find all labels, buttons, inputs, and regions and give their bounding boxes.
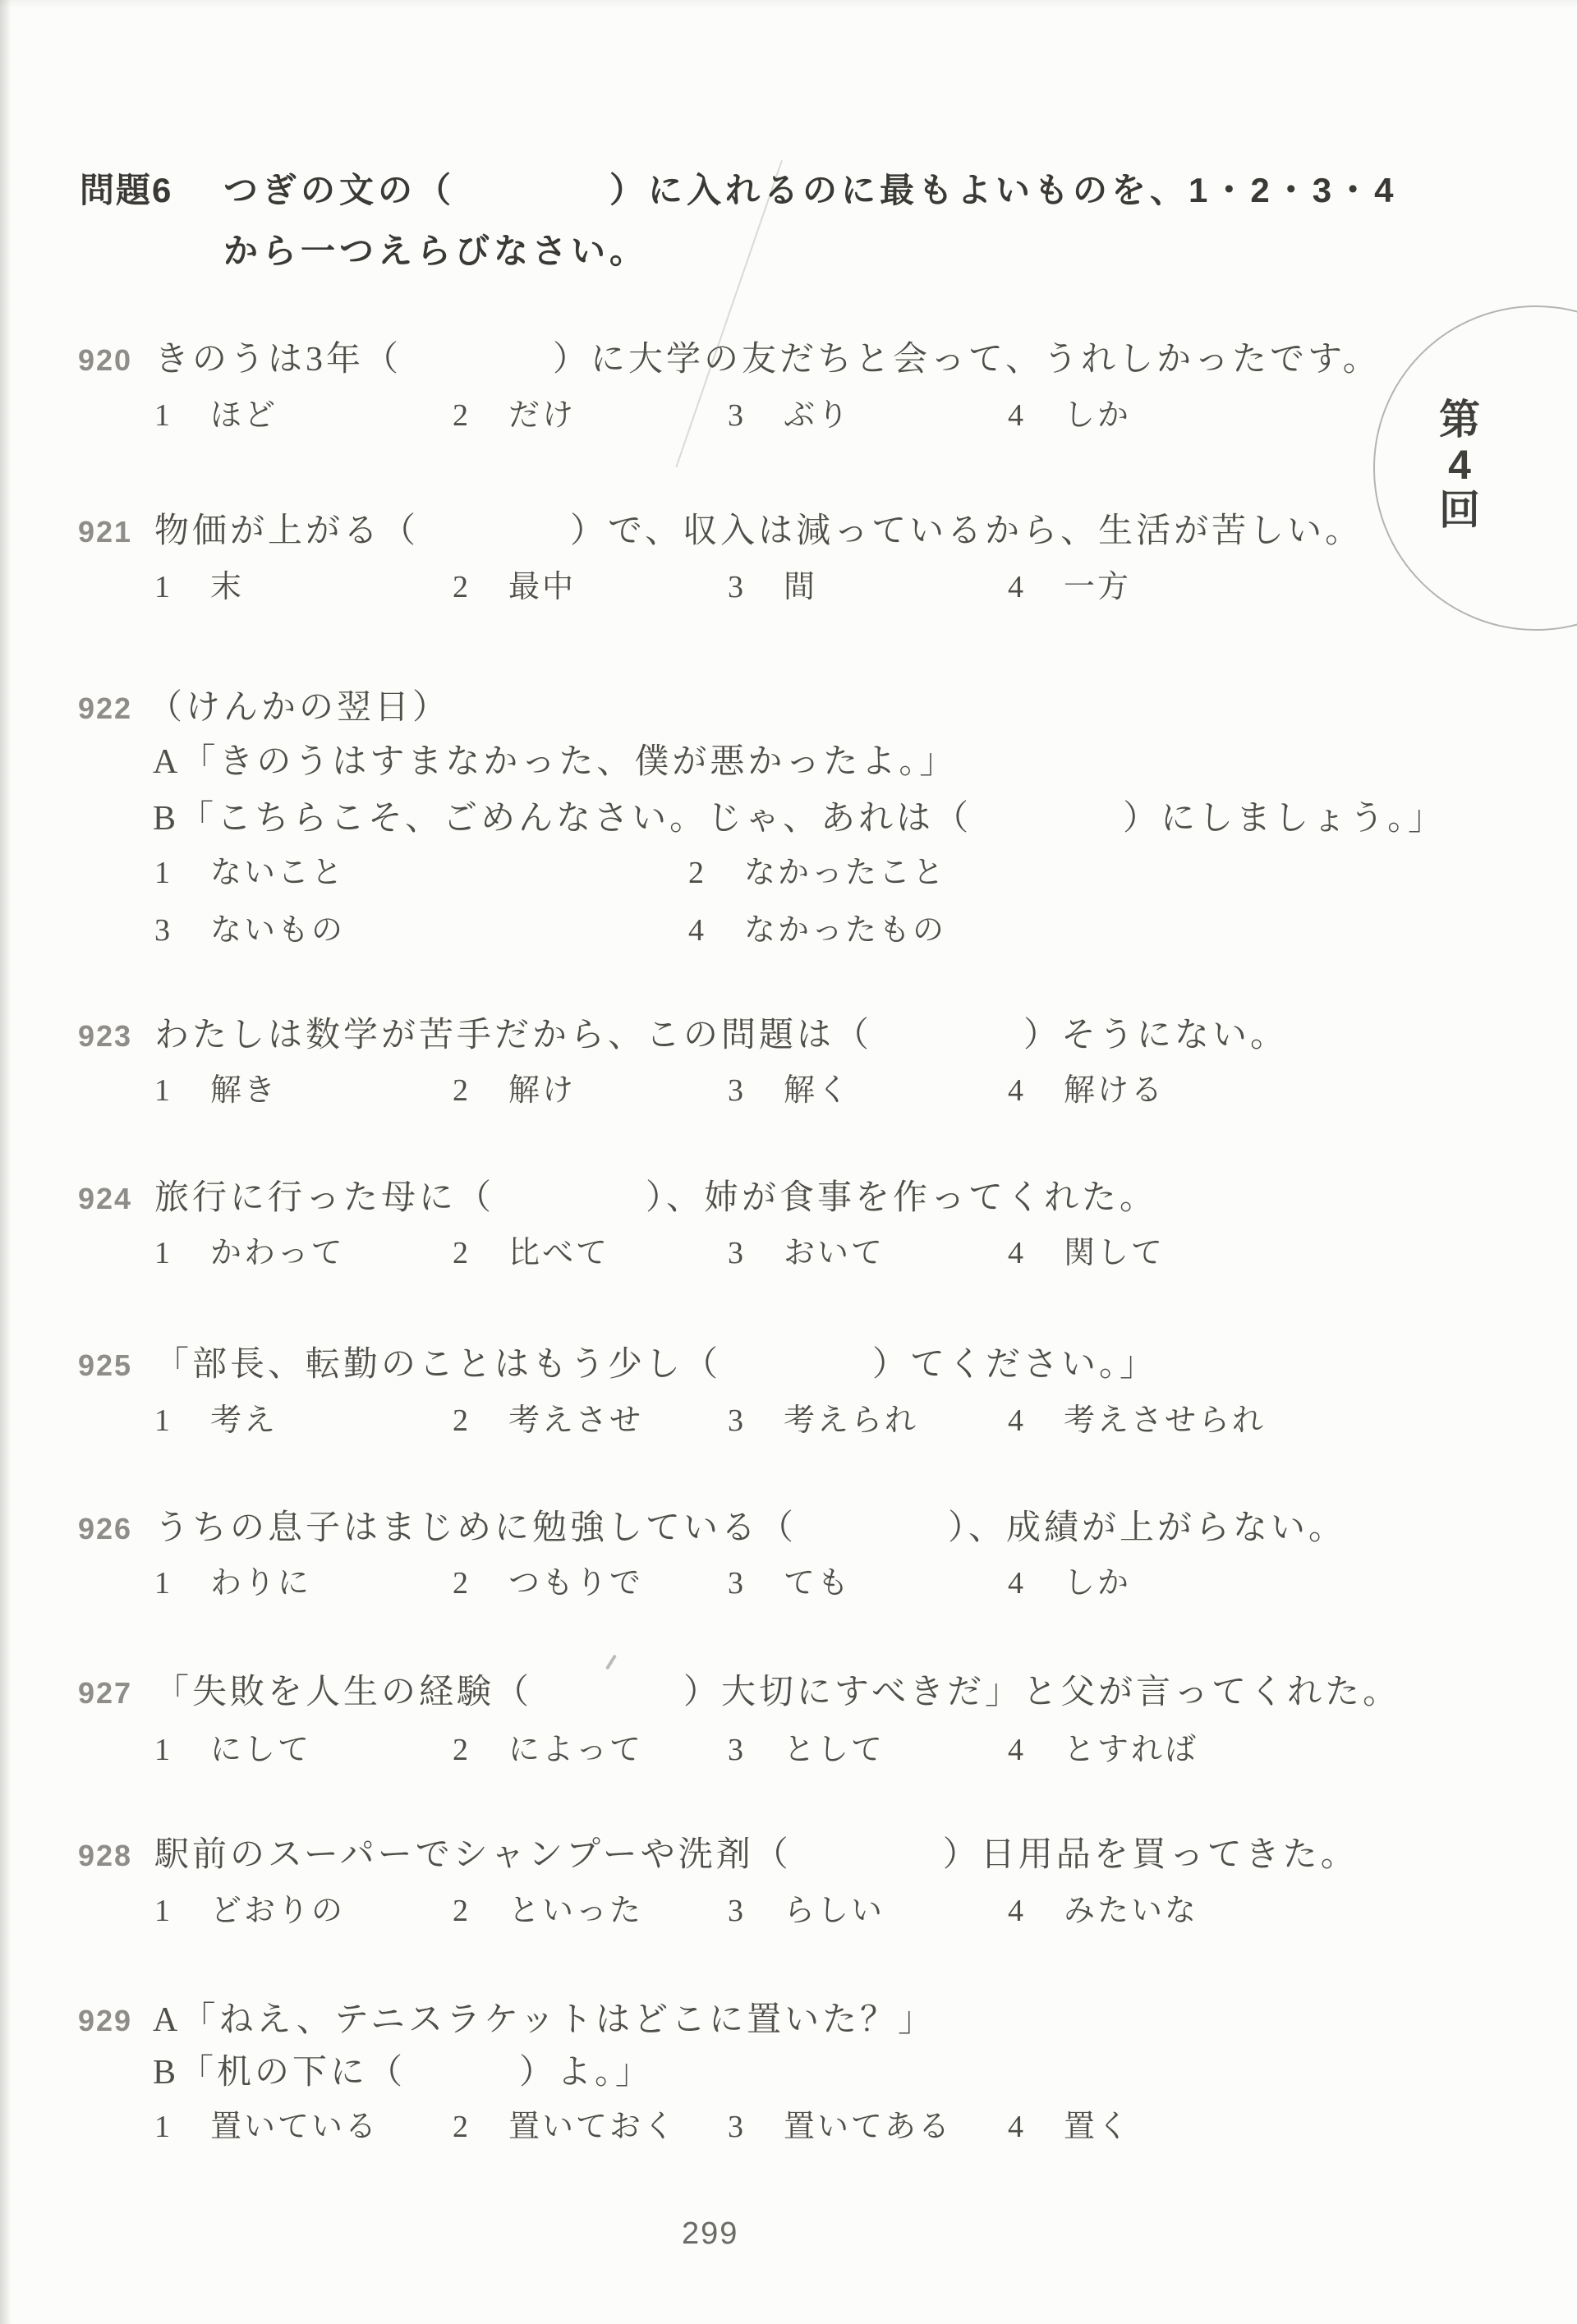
option-number: 1 (154, 1895, 210, 1927)
option-text: 末 (210, 572, 244, 603)
option-number: 2 (453, 1238, 508, 1269)
option-2: 2つもりで (453, 1568, 728, 1599)
option-2: 2比べて (453, 1238, 728, 1269)
question-number-927: 927 (78, 1679, 132, 1708)
question-920-text: きのうは3年（ ）に大学の友だちと会って、うれしかったです。 (154, 342, 1381, 377)
option-number: 2 (453, 1895, 508, 1927)
question-927-options: 1にして 2によって 3として 4とすれば (154, 1734, 1198, 1766)
option-number: 2 (453, 400, 508, 431)
option-text: かわって (210, 1238, 345, 1269)
question-924-options: 1かわって 2比べて 3おいて 4関して (154, 1238, 1165, 1269)
question-922-options-row-1: 1ないこと 2なかったこと (154, 857, 946, 889)
scan-speck (605, 1654, 617, 1670)
option-4: 4しか (1008, 400, 1131, 431)
option-number: 1 (154, 857, 210, 889)
option-text: 考えさせ (508, 1405, 643, 1436)
option-3: 3らしい (728, 1895, 1008, 1927)
option-1: 1かわって (154, 1238, 453, 1269)
option-2: 2といった (453, 1895, 728, 1927)
option-text: みたいな (1064, 1895, 1198, 1927)
option-text: 置く (1064, 2111, 1131, 2143)
option-1: 1にして (154, 1734, 453, 1766)
option-2: 2によって (453, 1734, 728, 1766)
problem-header-label: 問題6 (80, 173, 172, 208)
question-927-text: 「失敗を人生の経験（ ）大切にすべきだ」と父が言ってくれた。 (154, 1675, 1400, 1710)
option-1: 1わりに (154, 1568, 453, 1599)
question-925-options: 1考え 2考えさせ 3考えられ 4考えさせられ (154, 1405, 1266, 1436)
option-3: 3間 (728, 572, 1008, 603)
option-3: 3ても (728, 1568, 1008, 1599)
option-number: 3 (728, 572, 784, 603)
option-1: 1解き (154, 1075, 453, 1106)
option-4: 4しか (1008, 1568, 1131, 1599)
scanned-test-page: 第4回 問題6 つぎの文の（ ）に入れるのに最もよいものを、1・2・3・4 から… (0, 0, 1577, 2324)
option-4: 4なかったもの (688, 915, 946, 946)
section-tab-label: 第4回 (1434, 397, 1485, 533)
question-922-line-a: A「きのうはすまなかった、僕が悪かったよ。」 (153, 745, 957, 779)
option-text: ほど (210, 400, 278, 431)
question-922-line-b: B「こちらこそ、ごめんなさい。じゃ、あれは（ ）にしましょう。」 (153, 801, 1446, 836)
problem-header-instruction-1: つぎの文の（ ）に入れるのに最もよいものを、1・2・3・4 (223, 173, 1397, 208)
question-922-context: （けんかの翌日） (148, 691, 450, 725)
question-929-line-a: A「ねえ、テニスラケットはどこに置いた？」 (153, 2003, 936, 2037)
option-number: 3 (154, 915, 210, 946)
option-number: 4 (1008, 1238, 1064, 1269)
option-number: 3 (728, 1895, 784, 1927)
option-text: なかったこと (744, 857, 946, 889)
option-text: らしい (784, 1895, 885, 1927)
option-number: 1 (154, 1568, 210, 1599)
question-926-text: うちの息子はまじめに勉強している（ ）、成績が上がらない。 (154, 1511, 1346, 1546)
option-3: 3として (728, 1734, 1008, 1766)
option-text: 最中 (508, 572, 576, 603)
option-text: 置いてある (784, 2111, 952, 2143)
option-number: 1 (154, 572, 210, 603)
option-text: 一方 (1064, 572, 1131, 603)
option-4: 4置く (1008, 2111, 1131, 2143)
option-2: 2だけ (453, 400, 728, 431)
question-number-925: 925 (78, 1351, 132, 1380)
option-number: 1 (154, 1238, 210, 1269)
option-number: 3 (728, 1734, 784, 1766)
option-text: 考え (210, 1405, 278, 1436)
option-2: 2解け (453, 1075, 728, 1106)
question-number-928: 928 (78, 1841, 132, 1871)
question-number-924: 924 (78, 1184, 132, 1214)
option-text: によって (508, 1734, 643, 1766)
option-number: 4 (1008, 1075, 1064, 1106)
question-number-929: 929 (78, 2006, 132, 2036)
option-4: 4みたいな (1008, 1895, 1198, 1927)
question-926-options: 1わりに 2つもりで 3ても 4しか (154, 1568, 1131, 1599)
option-text: にして (210, 1734, 311, 1766)
option-text: なかったもの (744, 915, 946, 946)
option-number: 1 (154, 1075, 210, 1106)
scan-edge-shadow (0, 0, 11, 2324)
option-number: 4 (1008, 1405, 1064, 1436)
option-text: つもりで (508, 1568, 643, 1599)
scan-edge-shadow-top (0, 0, 1577, 8)
question-921-options: 1末 2最中 3間 4一方 (154, 572, 1131, 603)
option-text: 置いている (210, 2111, 379, 2143)
option-number: 1 (154, 1734, 210, 1766)
option-1: 1どおりの (154, 1895, 453, 1927)
option-4: 4解ける (1008, 1075, 1165, 1106)
option-number: 4 (1008, 1568, 1064, 1599)
option-number: 4 (1008, 1734, 1064, 1766)
option-text: ないもの (210, 915, 345, 946)
option-number: 3 (728, 1568, 784, 1599)
option-text: ても (784, 1568, 851, 1599)
option-4: 4関して (1008, 1238, 1165, 1269)
option-number: 2 (453, 572, 508, 603)
option-3: 3ないもの (154, 915, 688, 946)
option-3: 3おいて (728, 1238, 1008, 1269)
option-3: 3解く (728, 1075, 1008, 1106)
option-number: 2 (453, 1075, 508, 1106)
option-text: とすれば (1064, 1734, 1198, 1766)
option-text: 間 (784, 572, 817, 603)
option-number: 3 (728, 400, 784, 431)
option-text: 解き (210, 1075, 278, 1106)
option-1: 1置いている (154, 2111, 453, 2143)
question-925-text: 「部長、転勤のことはもう少し（ ）てください。」 (154, 1348, 1157, 1382)
option-number: 2 (453, 1734, 508, 1766)
option-text: だけ (508, 400, 576, 431)
question-920-options: 1ほど 2だけ 3ぶり 4しか (154, 400, 1131, 431)
question-number-926: 926 (78, 1514, 132, 1544)
option-text: わりに (210, 1568, 311, 1599)
option-text: 考えられ (784, 1405, 918, 1436)
option-number: 3 (728, 1075, 784, 1106)
option-number: 1 (154, 400, 210, 431)
option-text: 置いておく (508, 2111, 677, 2143)
question-number-923: 923 (78, 1022, 132, 1051)
option-number: 4 (1008, 1895, 1064, 1927)
option-text: おいて (784, 1238, 885, 1269)
option-4: 4考えさせられ (1008, 1405, 1266, 1436)
question-928-text: 駅前のスーパーでシャンプーや洗剤（ ）日用品を買ってきた。 (154, 1838, 1359, 1872)
option-4: 4一方 (1008, 572, 1131, 603)
option-text: 関して (1064, 1238, 1165, 1269)
question-number-921: 921 (78, 517, 132, 547)
question-928-options: 1どおりの 2といった 3らしい 4みたいな (154, 1895, 1198, 1927)
option-text: しか (1064, 1568, 1131, 1599)
question-924-text: 旅行に行った母に（ ）、姉が食事を作ってくれた。 (154, 1181, 1157, 1215)
option-1: 1ないこと (154, 857, 688, 889)
question-922-options-row-2: 3ないもの 4なかったもの (154, 915, 946, 946)
option-2: 2考えさせ (453, 1405, 728, 1436)
option-number: 4 (1008, 400, 1064, 431)
page-number: 299 (682, 2218, 738, 2249)
option-text: 解く (784, 1075, 851, 1106)
question-923-text: わたしは数学が苦手だから、この問題は（ ）そうにない。 (154, 1018, 1288, 1053)
option-text: 比べて (508, 1238, 609, 1269)
problem-header-instruction-2: から一つえらびなさい。 (223, 234, 648, 269)
option-number: 3 (728, 2111, 784, 2143)
option-2: 2なかったこと (688, 857, 946, 889)
option-1: 1考え (154, 1405, 453, 1436)
option-3: 3置いてある (728, 2111, 1008, 2143)
option-text: 考えさせられ (1064, 1405, 1266, 1436)
option-number: 4 (1008, 2111, 1064, 2143)
option-number: 4 (1008, 572, 1064, 603)
option-3: 3考えられ (728, 1405, 1008, 1436)
question-923-options: 1解き 2解け 3解く 4解ける (154, 1075, 1165, 1106)
option-number: 3 (728, 1405, 784, 1436)
question-929-options: 1置いている 2置いておく 3置いてある 4置く (154, 2111, 1131, 2143)
option-number: 2 (453, 1405, 508, 1436)
option-text: ぶり (784, 400, 851, 431)
option-text: 解ける (1064, 1075, 1165, 1106)
option-text: どおりの (210, 1895, 345, 1927)
option-2: 2置いておく (453, 2111, 728, 2143)
option-number: 1 (154, 1405, 210, 1436)
question-number-920: 920 (78, 346, 132, 375)
option-text: 解け (508, 1075, 576, 1106)
option-4: 4とすれば (1008, 1734, 1198, 1766)
question-921-text: 物価が上がる（ ）で、収入は減っているから、生活が苦しい。 (154, 514, 1363, 549)
question-number-922: 922 (78, 694, 132, 723)
option-number: 2 (453, 2111, 508, 2143)
option-number: 2 (688, 857, 744, 889)
option-text: といった (508, 1895, 643, 1927)
option-text: ないこと (210, 857, 345, 889)
option-number: 1 (154, 2111, 210, 2143)
option-1: 1ほど (154, 400, 453, 431)
question-929-line-b: B「机の下に（ ）よ。」 (153, 2055, 653, 2090)
option-number: 3 (728, 1238, 784, 1269)
option-text: として (784, 1734, 885, 1766)
option-2: 2最中 (453, 572, 728, 603)
option-number: 2 (453, 1568, 508, 1599)
option-3: 3ぶり (728, 400, 1008, 431)
option-1: 1末 (154, 572, 453, 603)
option-number: 4 (688, 915, 744, 946)
option-text: しか (1064, 400, 1131, 431)
